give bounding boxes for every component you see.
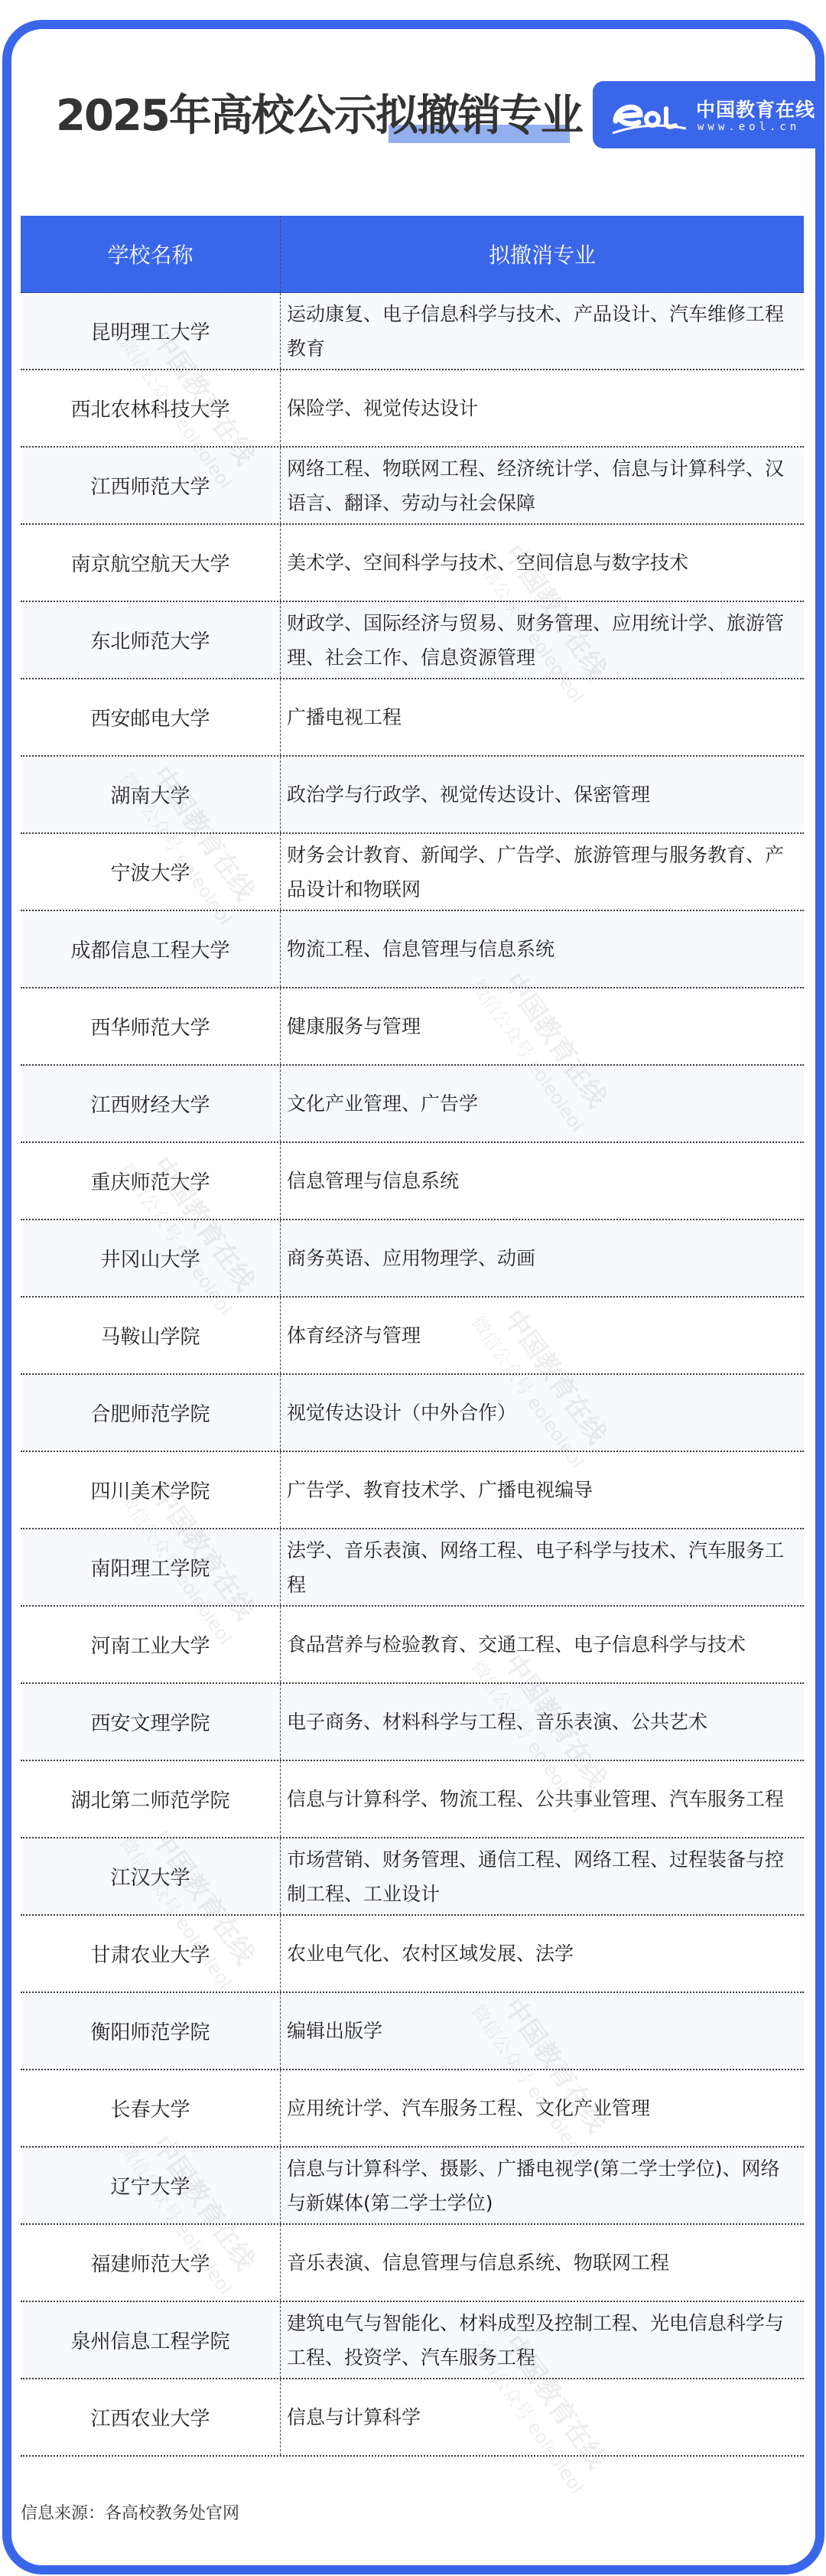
majors-cell: 编辑出版学 [281, 1993, 804, 2069]
school-name-cell: 江西农业大学 [21, 2379, 281, 2455]
majors-cell: 商务英语、应用物理学、动画 [281, 1220, 804, 1296]
school-name-cell: 河南工业大学 [21, 1607, 281, 1682]
school-name-cell: 长春大学 [21, 2070, 281, 2146]
eol-logo-icon [610, 98, 686, 136]
logo-url: www.eol.cn [698, 121, 800, 133]
table-row: 西安文理学院电子商务、材料科学与工程、音乐表演、公共艺术 [21, 1684, 804, 1761]
table-row: 江西师范大学网络工程、物联网工程、经济统计学、信息与计算科学、汉语言、翻译、劳动… [21, 448, 804, 525]
school-name-cell: 南阳理工学院 [21, 1529, 281, 1605]
school-name-cell: 四川美术学院 [21, 1452, 281, 1528]
table-header: 学校名称 拟撤消专业 [21, 216, 804, 293]
table-row: 河南工业大学食品营养与检验教育、交通工程、电子信息科学与技术 [21, 1607, 804, 1684]
majors-cell: 法学、音乐表演、网络工程、电子科学与技术、汽车服务工程 [281, 1529, 804, 1605]
school-name-cell: 西北农林科技大学 [21, 370, 281, 446]
table-row: 南阳理工学院法学、音乐表演、网络工程、电子科学与技术、汽车服务工程 [21, 1529, 804, 1607]
majors-table: 学校名称 拟撤消专业 昆明理工大学运动康复、电子信息科学与技术、产品设计、汽车维… [21, 216, 804, 2457]
majors-cell: 视觉传达设计（中外合作） [281, 1375, 804, 1451]
column-header-majors: 拟撤消专业 [281, 216, 804, 292]
table-row: 衡阳师范学院编辑出版学 [21, 1993, 804, 2070]
table-row: 东北师范大学财政学、国际经济与贸易、财务管理、应用统计学、旅游管理、社会工作、信… [21, 602, 804, 679]
logo-brand-name: 中国教育在线 [696, 95, 815, 122]
table-row: 甘肃农业大学农业电气化、农村区域发展、法学 [21, 1916, 804, 1993]
school-name-cell: 宁波大学 [21, 834, 281, 910]
school-name-cell: 井冈山大学 [21, 1220, 281, 1296]
table-row: 宁波大学财务会计教育、新闻学、广告学、旅游管理与服务教育、产品设计和物联网 [21, 834, 804, 911]
majors-cell: 健康服务与管理 [281, 988, 804, 1064]
majors-cell: 体育经济与管理 [281, 1298, 804, 1373]
table-row: 西安邮电大学广播电视工程 [21, 679, 804, 757]
table-row: 南京航空航天大学美术学、空间科学与技术、空间信息与数字技术 [21, 525, 804, 602]
school-name-cell: 福建师范大学 [21, 2225, 281, 2301]
majors-cell: 市场营销、财务管理、通信工程、网络工程、过程装备与控制工程、工业设计 [281, 1838, 804, 1914]
school-name-cell: 江西财经大学 [21, 1066, 281, 1141]
table-row: 湖南大学政治学与行政学、视觉传达设计、保密管理 [21, 757, 804, 834]
school-name-cell: 湖北第二师范学院 [21, 1761, 281, 1837]
column-header-school: 学校名称 [21, 216, 281, 292]
table-body: 昆明理工大学运动康复、电子信息科学与技术、产品设计、汽车维修工程教育西北农林科技… [21, 293, 804, 2457]
school-name-cell: 东北师范大学 [21, 602, 281, 678]
majors-cell: 音乐表演、信息管理与信息系统、物联网工程 [281, 2225, 804, 2301]
school-name-cell: 成都信息工程大学 [21, 911, 281, 987]
majors-cell: 电子商务、材料科学与工程、音乐表演、公共艺术 [281, 1684, 804, 1760]
table-row: 马鞍山学院体育经济与管理 [21, 1298, 804, 1375]
majors-cell: 运动康复、电子信息科学与技术、产品设计、汽车维修工程教育 [281, 293, 804, 369]
school-name-cell: 甘肃农业大学 [21, 1916, 281, 1991]
table-row: 辽宁大学信息与计算科学、摄影、广播电视学(第二学士学位)、网络与新媒体(第二学士… [21, 2148, 804, 2225]
majors-cell: 广告学、教育技术学、广播电视编导 [281, 1452, 804, 1528]
majors-cell: 物流工程、信息管理与信息系统 [281, 911, 804, 987]
table-row: 江西农业大学信息与计算科学 [21, 2379, 804, 2457]
majors-cell: 网络工程、物联网工程、经济统计学、信息与计算科学、汉语言、翻译、劳动与社会保障 [281, 448, 804, 523]
majors-cell: 财政学、国际经济与贸易、财务管理、应用统计学、旅游管理、社会工作、信息资源管理 [281, 602, 804, 678]
school-name-cell: 昆明理工大学 [21, 293, 281, 369]
majors-cell: 美术学、空间科学与技术、空间信息与数字技术 [281, 525, 804, 601]
majors-cell: 食品营养与检验教育、交通工程、电子信息科学与技术 [281, 1607, 804, 1682]
school-name-cell: 合肥师范学院 [21, 1375, 281, 1451]
majors-cell: 广播电视工程 [281, 679, 804, 755]
table-row: 泉州信息工程学院建筑电气与智能化、材料成型及控制工程、光电信息科学与工程、投资学… [21, 2302, 804, 2379]
table-row: 江汉大学市场营销、财务管理、通信工程、网络工程、过程装备与控制工程、工业设计 [21, 1838, 804, 1916]
table-row: 西华师范大学健康服务与管理 [21, 988, 804, 1066]
school-name-cell: 南京航空航天大学 [21, 525, 281, 601]
majors-cell: 建筑电气与智能化、材料成型及控制工程、光电信息科学与工程、投资学、汽车服务工程 [281, 2302, 804, 2378]
school-name-cell: 西安文理学院 [21, 1684, 281, 1760]
school-name-cell: 江西师范大学 [21, 448, 281, 523]
source-note: 信息来源：各高校教务处官网 [21, 2500, 239, 2524]
table-row: 湖北第二师范学院信息与计算科学、物流工程、公共事业管理、汽车服务工程 [21, 1761, 804, 1838]
title-block: 2025年高校公示拟撤销专业 [56, 86, 582, 147]
school-name-cell: 湖南大学 [21, 757, 281, 832]
majors-cell: 信息管理与信息系统 [281, 1143, 804, 1219]
majors-cell: 政治学与行政学、视觉传达设计、保密管理 [281, 757, 804, 832]
school-name-cell: 西安邮电大学 [21, 679, 281, 755]
school-name-cell: 西华师范大学 [21, 988, 281, 1064]
table-row: 四川美术学院广告学、教育技术学、广播电视编导 [21, 1452, 804, 1529]
table-row: 福建师范大学音乐表演、信息管理与信息系统、物联网工程 [21, 2225, 804, 2302]
table-row: 成都信息工程大学物流工程、信息管理与信息系统 [21, 911, 804, 988]
school-name-cell: 衡阳师范学院 [21, 1993, 281, 2069]
school-name-cell: 江汉大学 [21, 1838, 281, 1914]
majors-cell: 应用统计学、汽车服务工程、文化产业管理 [281, 2070, 804, 2146]
table-row: 江西财经大学文化产业管理、广告学 [21, 1066, 804, 1143]
eol-logo-badge: 中国教育在线 www.eol.cn [593, 81, 824, 148]
majors-cell: 信息与计算科学、物流工程、公共事业管理、汽车服务工程 [281, 1761, 804, 1837]
table-row: 合肥师范学院视觉传达设计（中外合作） [21, 1375, 804, 1452]
school-name-cell: 泉州信息工程学院 [21, 2302, 281, 2378]
school-name-cell: 辽宁大学 [21, 2148, 281, 2223]
table-row: 长春大学应用统计学、汽车服务工程、文化产业管理 [21, 2070, 804, 2148]
table-row: 西北农林科技大学保险学、视觉传达设计 [21, 370, 804, 448]
majors-cell: 信息与计算科学、摄影、广播电视学(第二学士学位)、网络与新媒体(第二学士学位) [281, 2148, 804, 2223]
majors-cell: 农业电气化、农村区域发展、法学 [281, 1916, 804, 1991]
page-title: 2025年高校公示拟撤销专业 [56, 86, 582, 147]
majors-cell: 信息与计算科学 [281, 2379, 804, 2455]
school-name-cell: 马鞍山学院 [21, 1298, 281, 1373]
majors-cell: 保险学、视觉传达设计 [281, 370, 804, 446]
majors-cell: 财务会计教育、新闻学、广告学、旅游管理与服务教育、产品设计和物联网 [281, 834, 804, 910]
table-row: 重庆师范大学信息管理与信息系统 [21, 1143, 804, 1220]
school-name-cell: 重庆师范大学 [21, 1143, 281, 1219]
table-row: 昆明理工大学运动康复、电子信息科学与技术、产品设计、汽车维修工程教育 [21, 293, 804, 370]
majors-cell: 文化产业管理、广告学 [281, 1066, 804, 1141]
table-row: 井冈山大学商务英语、应用物理学、动画 [21, 1220, 804, 1298]
